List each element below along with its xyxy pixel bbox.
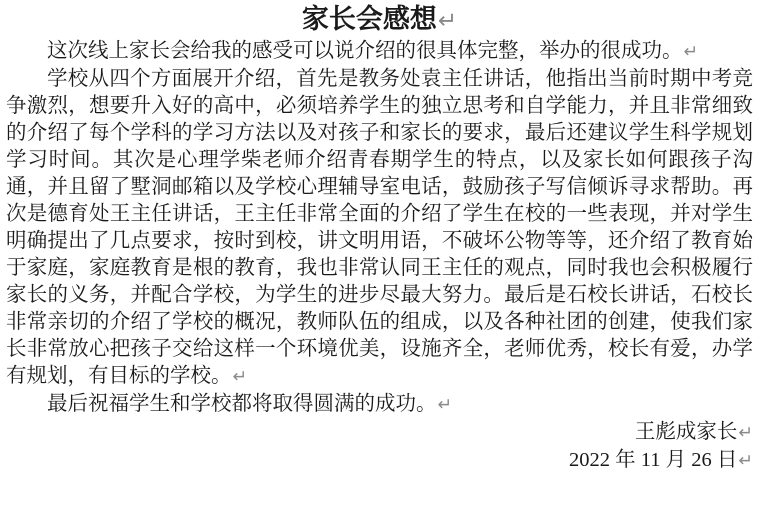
paragraph-main: 学校从四个方面展开介绍，首先是教务处袁主任讲话，他指出当前时期中考竞争激烈，想要… xyxy=(6,66,753,391)
signature-line: 王彪成家长↵ xyxy=(6,419,753,447)
paragraph-intro: 这次线上家长会给我的感受可以说介绍的很具体完整，举办的很成功。↵ xyxy=(6,38,753,66)
date-text: 2022 年 11 月 26 日 xyxy=(569,449,737,471)
document-title-line: 家长会感想↵ xyxy=(6,3,753,38)
paragraph-text: 最后祝福学生和学校都将取得圆满的成功。 xyxy=(47,393,437,415)
paragraph-text: 这次线上家长会给我的感受可以说介绍的很具体完整，举办的很成功。 xyxy=(47,40,683,62)
paragraph-mark-icon: ↵ xyxy=(737,451,753,471)
paragraph-mark-icon: ↵ xyxy=(437,395,453,415)
paragraph-mark-icon: ↵ xyxy=(683,42,699,62)
paragraph-mark-icon: ↵ xyxy=(437,8,457,34)
date-line: 2022 年 11 月 26 日↵ xyxy=(6,447,753,475)
paragraph-closing: 最后祝福学生和学校都将取得圆满的成功。↵ xyxy=(6,391,753,419)
paragraph-mark-icon: ↵ xyxy=(737,423,753,443)
paragraph-mark-icon: ↵ xyxy=(232,367,248,387)
signature-text: 王彪成家长 xyxy=(635,421,738,443)
document-page: 家长会感想↵ 这次线上家长会给我的感受可以说介绍的很具体完整，举办的很成功。↵ … xyxy=(0,0,767,523)
paragraph-text: 学校从四个方面展开介绍，首先是教务处袁主任讲话，他指出当前时期中考竞争激烈，想要… xyxy=(6,68,753,387)
document-title: 家长会感想 xyxy=(302,4,437,34)
